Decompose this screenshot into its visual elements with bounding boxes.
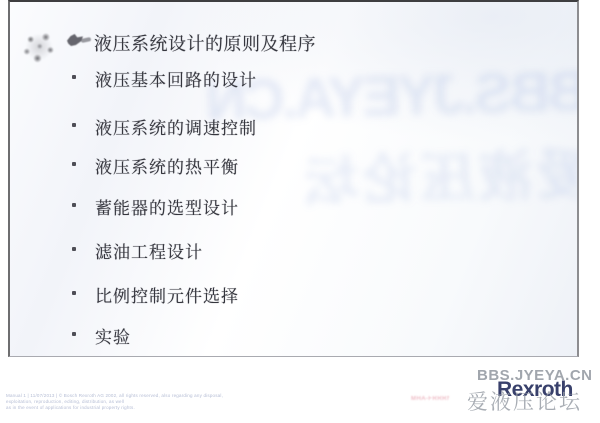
slide-title: 液压系统设计的原则及程序 <box>94 30 316 56</box>
bleed-through-watermark: BBS.JYEYA.CN 爱液压论坛 <box>278 58 579 256</box>
bullet-icon <box>72 332 76 336</box>
list-item-text: 液压系统的调速控制 <box>95 114 257 139</box>
slide-title-text: 液压系统设计的原则及程序 <box>94 30 316 56</box>
bullet-icon <box>72 75 76 79</box>
bullet-icon <box>72 123 76 127</box>
bleed-watermark-line2: 爱液压论坛 <box>280 132 579 217</box>
forum-name-watermark: 爱液压论坛 <box>467 386 582 416</box>
pink-ink-smudge: MHA-FRRRN-A <box>411 396 449 404</box>
list-item: 液压系统的调速控制 <box>72 114 257 139</box>
list-item: 液压基本回路的设计 <box>72 66 257 91</box>
bullet-icon <box>72 162 76 166</box>
list-item-text: 液压基本回路的设计 <box>95 66 257 91</box>
list-item: 实验 <box>72 323 131 348</box>
list-item-text: 滤油工程设计 <box>95 238 203 263</box>
forum-url-watermark: BBS.JYEYA.CN <box>477 367 592 384</box>
bullet-icon <box>72 247 76 251</box>
copyright-fine-print: Manual 1 | 11/07/2013 | © Bosch Rexroth … <box>6 393 236 411</box>
copyright-line1: Manual 1 | 11/07/2013 | © Bosch Rexroth … <box>6 393 236 405</box>
list-item-text: 液压系统的热平衡 <box>95 153 239 178</box>
bullet-icon <box>72 291 76 295</box>
list-item: 蓄能器的选型设计 <box>72 194 239 219</box>
copyright-line2: as in the event of applications for indu… <box>6 405 236 411</box>
scanned-slide-screenshot: { "slide": { "items": [ { "text": "液压系统设… <box>0 0 600 423</box>
list-item-text: 实验 <box>95 323 131 348</box>
list-item: 液压系统的热平衡 <box>72 153 239 178</box>
bleed-watermark-line1: BBS.JYEYA.CN <box>278 58 579 132</box>
bullet-icon <box>72 203 76 207</box>
list-item: 滤油工程设计 <box>72 238 203 263</box>
list-item-text: 比例控制元件选择 <box>95 282 239 307</box>
ink-stamp <box>20 28 58 66</box>
smudged-bullet-mark <box>65 31 91 50</box>
list-item: 比例控制元件选择 <box>72 282 239 307</box>
scanned-page: BBS.JYEYA.CN 爱液压论坛 液压系统设计的原则及程序 液压基本回路的设… <box>8 0 579 357</box>
list-item-text: 蓄能器的选型设计 <box>95 194 239 219</box>
